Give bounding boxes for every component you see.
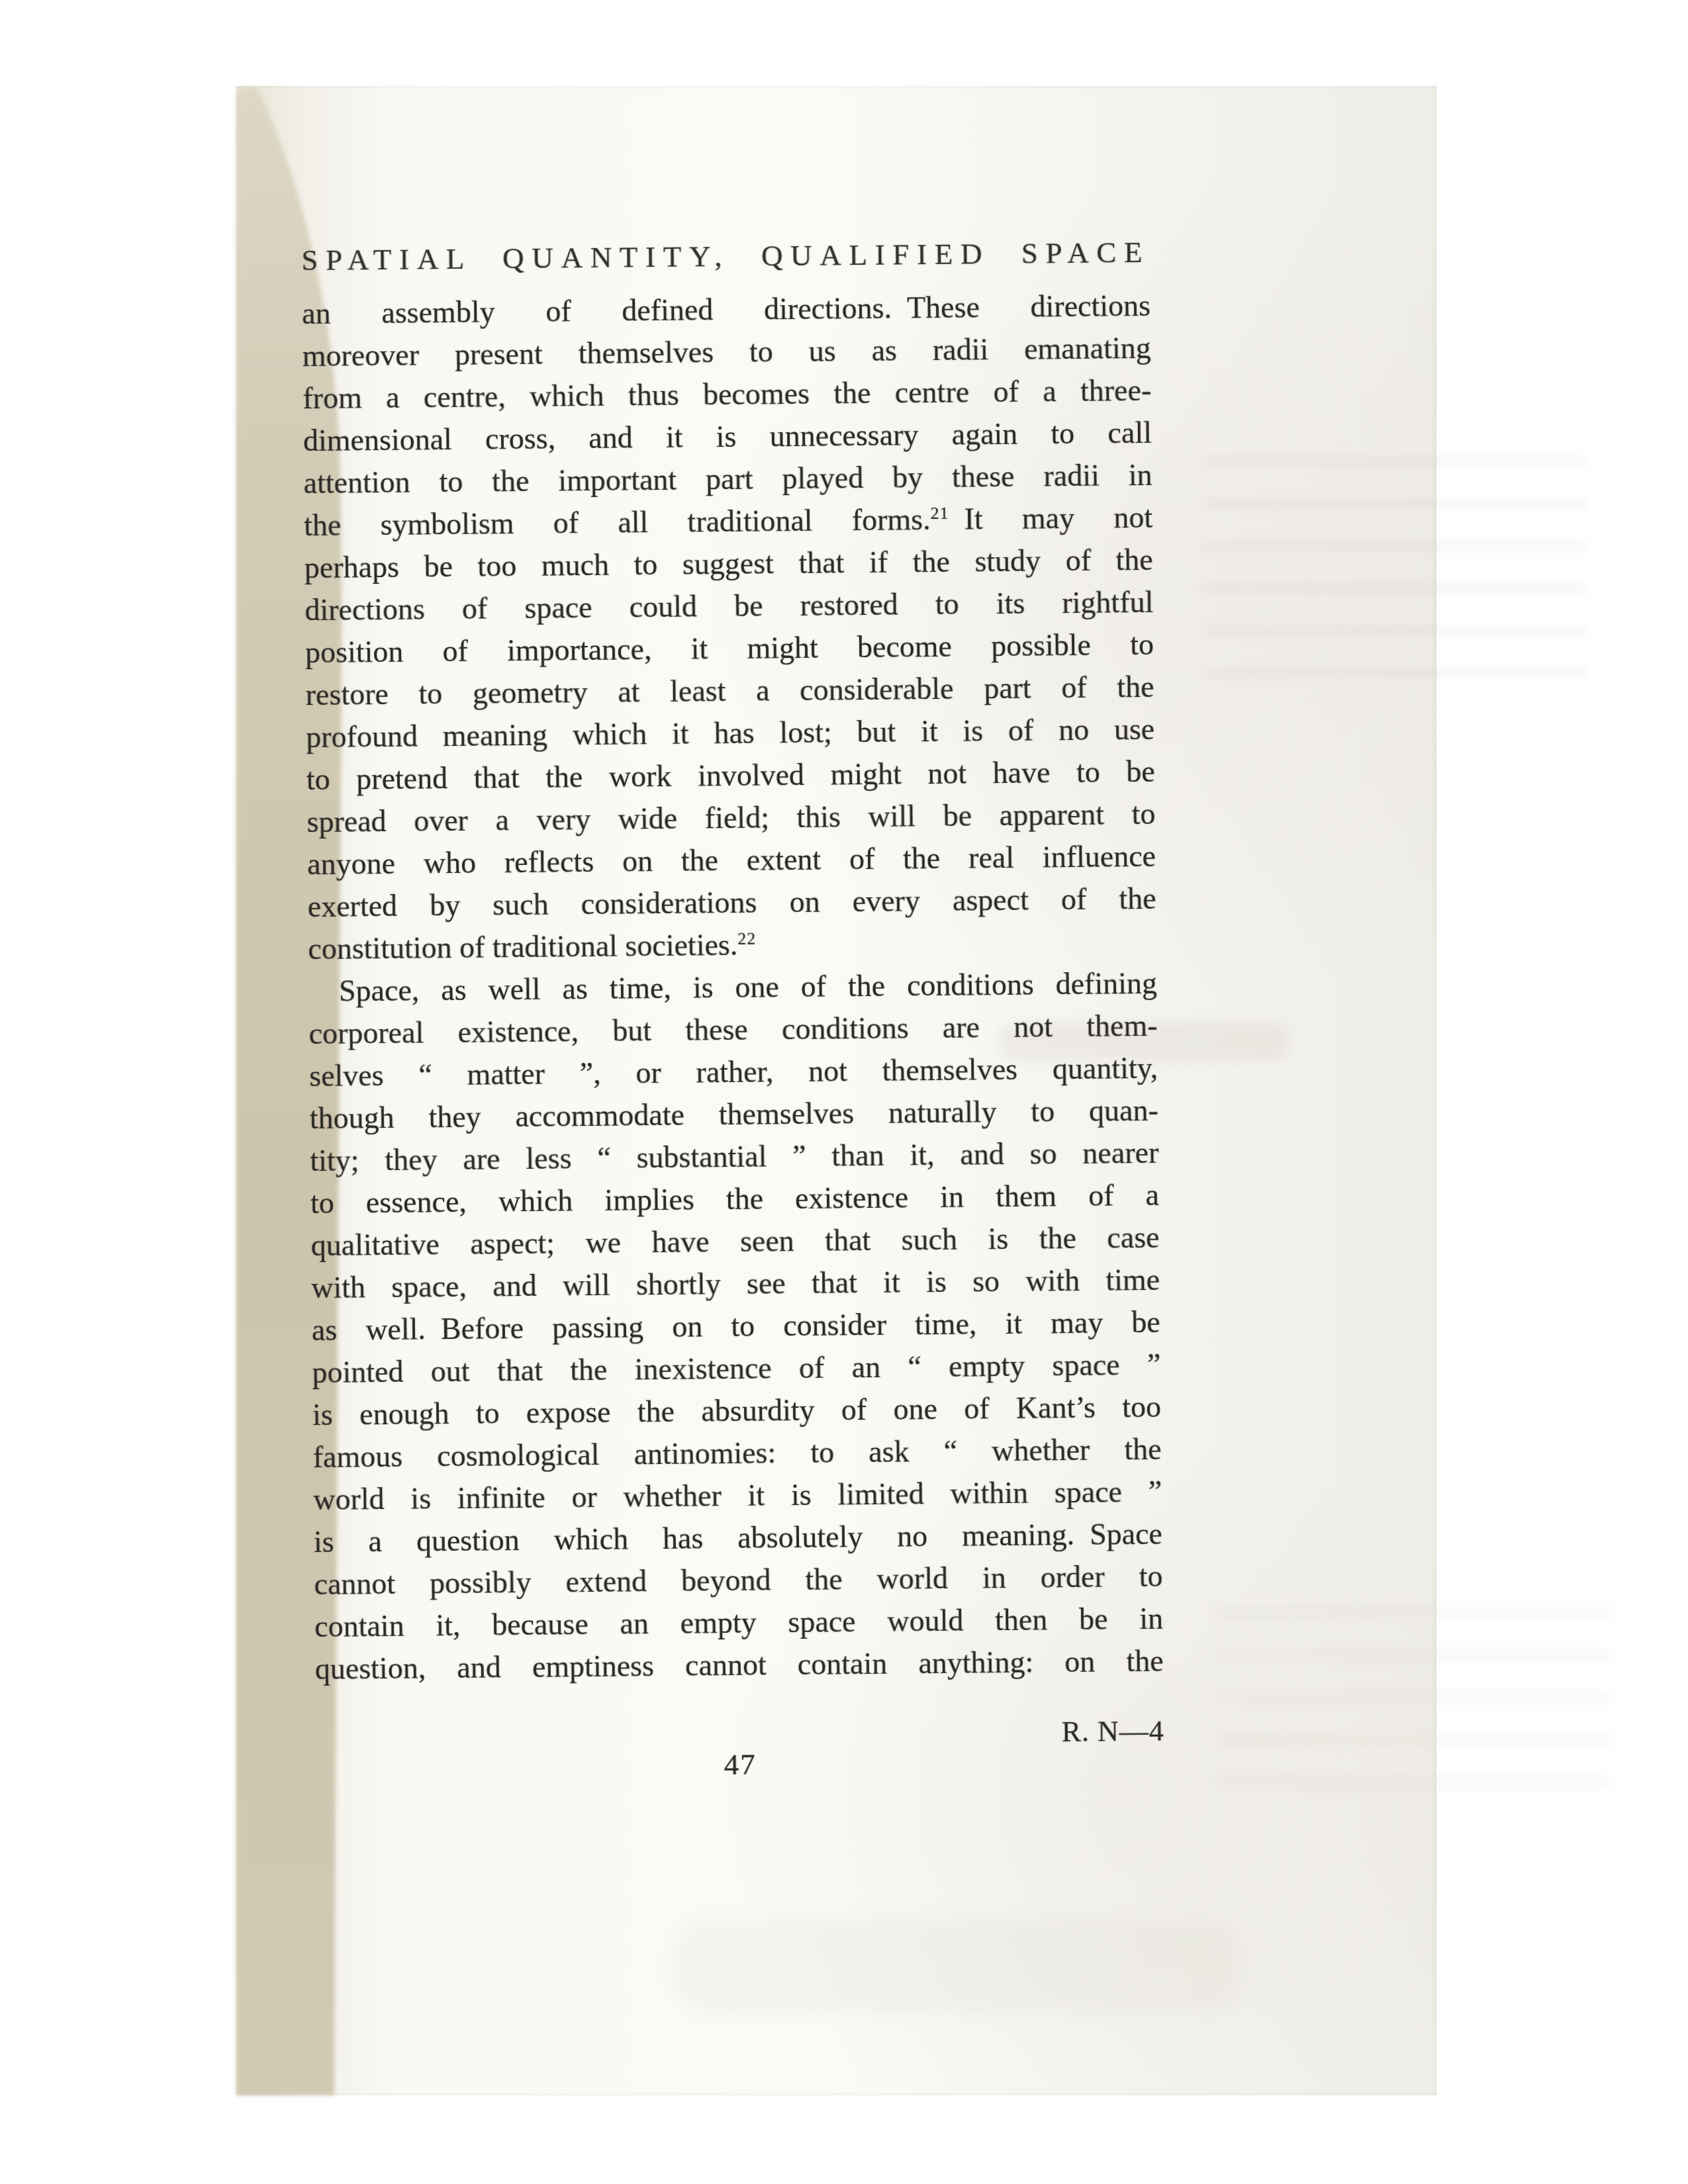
text-line: exerted by such considerations on every … (307, 878, 1156, 928)
text-line-part: the symbolism of all traditional forms. (304, 502, 931, 542)
page-content: SPATIAL QUANTITY, QUALIFIED SPACE an ass… (301, 229, 1164, 1787)
book-page: SPATIAL QUANTITY, QUALIFIED SPACE an ass… (236, 86, 1436, 2095)
body-text: an assembly of defined directions. These… (302, 285, 1164, 1690)
text-line: question, and emptiness cannot contain a… (314, 1640, 1164, 1690)
show-through-smudge (1216, 1608, 1613, 1807)
book-page-photo: SPATIAL QUANTITY, QUALIFIED SPACE an ass… (0, 0, 1688, 2184)
page-number: 47 (316, 1742, 1164, 1787)
show-through-smudge (673, 1919, 1243, 2012)
text-line-part: constitution of traditional societies. (308, 928, 737, 966)
show-through-smudge (1203, 457, 1587, 682)
text-line-part: It may not (949, 500, 1152, 536)
footnote-marker-22: 22 (737, 929, 756, 948)
running-head: SPATIAL QUANTITY, QUALIFIED SPACE (301, 229, 1150, 283)
footnote-marker-21: 21 (930, 504, 949, 523)
